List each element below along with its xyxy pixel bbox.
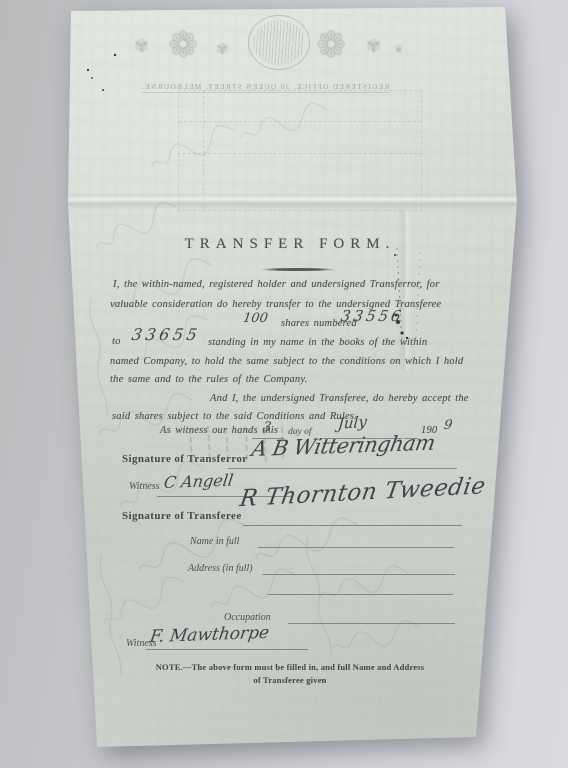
year-digit-handwritten: 9 [443, 418, 453, 433]
acceptance-line-2: said shares subject to the said Conditio… [112, 411, 357, 422]
to-label: to [112, 336, 121, 347]
clause-line-3: standing in my name in the books of the … [208, 337, 427, 348]
clause-line-4: named Company, to hold the same subject … [110, 356, 463, 367]
transferee-signature-handwritten: R Thornton Tweedie [238, 473, 488, 512]
clause-line-1: I, the within-named, registered holder a… [113, 279, 440, 290]
ornament-rosette-icon: ❁ [168, 24, 198, 66]
clause-line-5: the same and to the rules of the Company… [110, 374, 307, 385]
transfer-form-document: ✾ ❁ ✾ ❁ ✾ ❦ REGISTERED OFFICE, 20 QUEEN … [0, 0, 568, 768]
occupation-blank-line [288, 623, 455, 624]
transferee-signature-line [243, 525, 462, 526]
note-line-1: NOTE.—The above form must be filled in, … [118, 662, 462, 672]
name-in-full-label: Name in full [190, 536, 239, 547]
occupation-label: Occupation [224, 612, 271, 623]
transferror-signature-handwritten: A B Witteringham [250, 431, 437, 462]
name-blank-line [258, 547, 454, 548]
ghost-table-upper [178, 90, 422, 154]
address-blank-line-1 [262, 574, 455, 575]
address-blank-line-2 [268, 594, 453, 595]
witness-bottom-line [146, 649, 308, 650]
ornament-flourish-icon: ✾ [216, 40, 229, 59]
month-handwritten: July [337, 412, 367, 433]
horizontal-fold-crease [62, 194, 524, 210]
ornament-sprig-icon: ❦ [394, 42, 404, 57]
share-number-end-handwritten: 33655 [130, 325, 202, 344]
address-label: Address (in full) [188, 563, 253, 574]
witness-bottom-name-handwritten: F. Mawthorpe [149, 623, 271, 647]
attestation-prefix: As witness our hands this [160, 425, 278, 436]
transferee-signature-label: Signature of Transferee [122, 510, 242, 522]
oval-emblem-icon [248, 15, 310, 70]
share-number-start-handwritten: 33556 [339, 307, 405, 325]
transferror-signature-label: Signature of Transferror [122, 453, 248, 465]
form-title: TRANSFER FORM. [110, 236, 470, 253]
transferror-signature-line [228, 468, 457, 469]
acceptance-line-1: And I, the undersigned Transferee, do he… [210, 393, 469, 404]
witness-label: Witness [129, 481, 160, 492]
ornament-rosette-icon: ❁ [316, 24, 346, 66]
paper-shadow: ✾ ❁ ✾ ❁ ✾ ❦ REGISTERED OFFICE, 20 QUEEN … [0, 0, 568, 768]
ornament-flourish-icon: ✾ [366, 36, 381, 57]
title-rule [261, 268, 335, 271]
witness-name-handwritten: C Angell [163, 471, 235, 493]
ornament-flourish-icon: ✾ [134, 36, 149, 57]
photo-background: ✾ ❁ ✾ ❁ ✾ ❦ REGISTERED OFFICE, 20 QUEEN … [0, 0, 568, 768]
note-line-2: of Transferee given [118, 675, 462, 685]
shares-count-handwritten: 100 [242, 311, 269, 326]
